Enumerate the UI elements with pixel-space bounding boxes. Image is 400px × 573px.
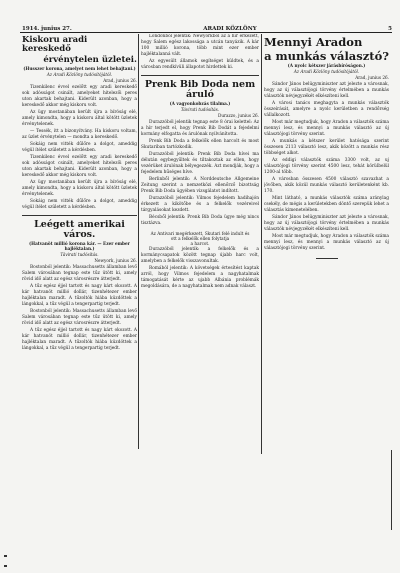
article-center-block: Az Antivari megérkezett, Skutari felé in… [141, 231, 259, 246]
article-paragraph: A munkás a kétszer kerület hatósága szer… [264, 139, 389, 157]
article-paragraph: A tűz egész éjjel tartott és nagy kárt o… [22, 328, 137, 352]
article-paragraph: Sándor János belügyminiszter azt jelezte… [264, 82, 389, 100]
article-subtitle: (A nyolc kétszer járásbíróságon.) [264, 63, 389, 68]
article-leegett-varos: Leégett amerikai város. (Hatvanöt millió… [22, 220, 137, 352]
center-line: a harcot. [141, 241, 259, 246]
article-title-line1: Mennyi Aradon [264, 36, 389, 48]
article-separator [22, 215, 137, 216]
end-rule [316, 258, 338, 259]
article-paragraph: Sokáig nem vitték dűlőre a dolgot, amedd… [22, 142, 137, 154]
article-paragraph: Berlinből jelentik: A Norddeutsche Allge… [141, 177, 259, 195]
article-subtitle: (Hatvanöt millió korona kár. — Ezer embe… [22, 241, 137, 252]
column-rule [261, 34, 262, 454]
article-paragraph: Durazzóból jelentik: Prenk Bib Doda híve… [141, 152, 259, 176]
article-paragraph: Londonból jelentik: Newyorkból az a hír … [141, 34, 259, 58]
article-byline: Távirati tudósítás. [22, 252, 137, 257]
article-byline: Az Aradi Közlöny tudósítójától. [22, 72, 137, 77]
article-paragraph: Az ügy mostanában került újra a bíróság … [22, 180, 137, 198]
article-paragraph: A városban összesen 4500 választó szavaz… [264, 177, 389, 195]
article-title-line2: a munkás választó? [264, 50, 389, 62]
article-paragraph: Az ügy mostanában került újra a bíróság … [22, 110, 137, 128]
article-paragraph: Romából jelentik: A követségek értesítés… [141, 266, 259, 290]
article-byline: Távirati tudósítás. [141, 107, 259, 112]
article-paragraph: Bostonból jelentik: Massachusetts államb… [22, 265, 137, 283]
article-byline: Az Aradi Közlöny tudósítójától. [264, 69, 389, 74]
article-paragraph: Most már megtudjuk, hogy Aradon a válasz… [264, 120, 389, 138]
article-paragraph: Bostonból jelentik: Massachusetts államb… [22, 309, 137, 327]
article-separator [141, 75, 259, 76]
article-paragraph: — Tessék, itt a bizonyítvány. Ha kiskoru… [22, 129, 137, 141]
article-dateline: Newyork, junius 26. [22, 258, 137, 263]
article-title: Leégett amerikai város. [22, 220, 137, 240]
article-paragraph: A városi tanács meghagyta a munkás válas… [264, 101, 389, 119]
article-subtitle: (A vagyonkobzás tilalma.) [141, 101, 259, 106]
column-3: Mennyi Aradon a munkás választó? (A nyol… [264, 34, 389, 464]
article-title-line2: érvénytelen üzletei. [22, 56, 137, 65]
article-paragraph: Mint látható, a munkás választók száma a… [264, 196, 389, 214]
column-rule [138, 34, 139, 449]
article-paragraph: Tizenkilenc évvel ezelőtt egy aradi kere… [22, 85, 137, 109]
article-dateline: Durazzo, junius 26. [141, 113, 259, 118]
header-rule [20, 32, 392, 33]
article-paragraph: A tűz egész éjjel tartott és nagy kárt o… [22, 284, 137, 308]
page-edge-rule [391, 450, 392, 530]
newspaper-page: 1914. junius 27. ARADI KÖZLÖNY 5 Kiskoru… [0, 0, 400, 573]
column-2: Londonból jelentik: Newyorkból az a hír … [141, 34, 259, 446]
article-paragraph: Prenk Bib Doda a felkelők ellen harcolt … [141, 139, 259, 151]
article-paragraph: Bécsből jelentik: Prenk Bib Doda ügye mé… [141, 215, 259, 227]
article-dateline: Arad, junius 26. [22, 78, 137, 83]
margin-mark [4, 565, 7, 567]
article-mennyi-aradon: Mennyi Aradon a munkás választó? (A nyol… [264, 36, 389, 259]
article-dateline: Arad, junius 26. [264, 75, 389, 80]
article-subtitle: (Husszer korona, amelyet nem lehet behaj… [22, 66, 137, 71]
article-paragraph: Az eddigi választók száma 3300 volt, az … [264, 158, 389, 176]
article-paragraph: Az egyesült államok segítséget küldtek, … [141, 59, 259, 71]
article-paragraph: Durazzóból jelentik tegnap este 8 órai k… [141, 120, 259, 138]
column-1: Kiskoru aradi kereskedő érvénytelen üzle… [22, 34, 137, 446]
article-paragraph: Durazzóból jelentik: a felkelők és a kor… [141, 247, 259, 265]
page-header: 1914. junius 27. ARADI KÖZLÖNY 5 [22, 22, 392, 32]
article-prenk-bib-doda: Prenk Bib Doda nem áruló (A vagyonkobzás… [141, 80, 259, 290]
article-paragraph: Sándor János belügyminiszter azt jelezte… [264, 215, 389, 233]
article-kiskoru-kereskedo: Kiskoru aradi kereskedő érvénytelen üzle… [22, 36, 137, 211]
article-title: Prenk Bib Doda nem áruló [141, 80, 259, 100]
article-paragraph: Most már megtudjuk, hogy Aradon a válasz… [264, 234, 389, 252]
article-paragraph: Tizenkilenc évvel ezelőtt egy aradi kere… [22, 155, 137, 179]
article-title-line1: Kiskoru aradi kereskedő [22, 36, 137, 54]
article-paragraph: Sokáig nem vitték dűlőre a dolgot, amedd… [22, 199, 137, 211]
article-paragraph: Durazzóból jelentik: Vilmos fejedelem ha… [141, 196, 259, 214]
margin-mark [4, 555, 7, 557]
